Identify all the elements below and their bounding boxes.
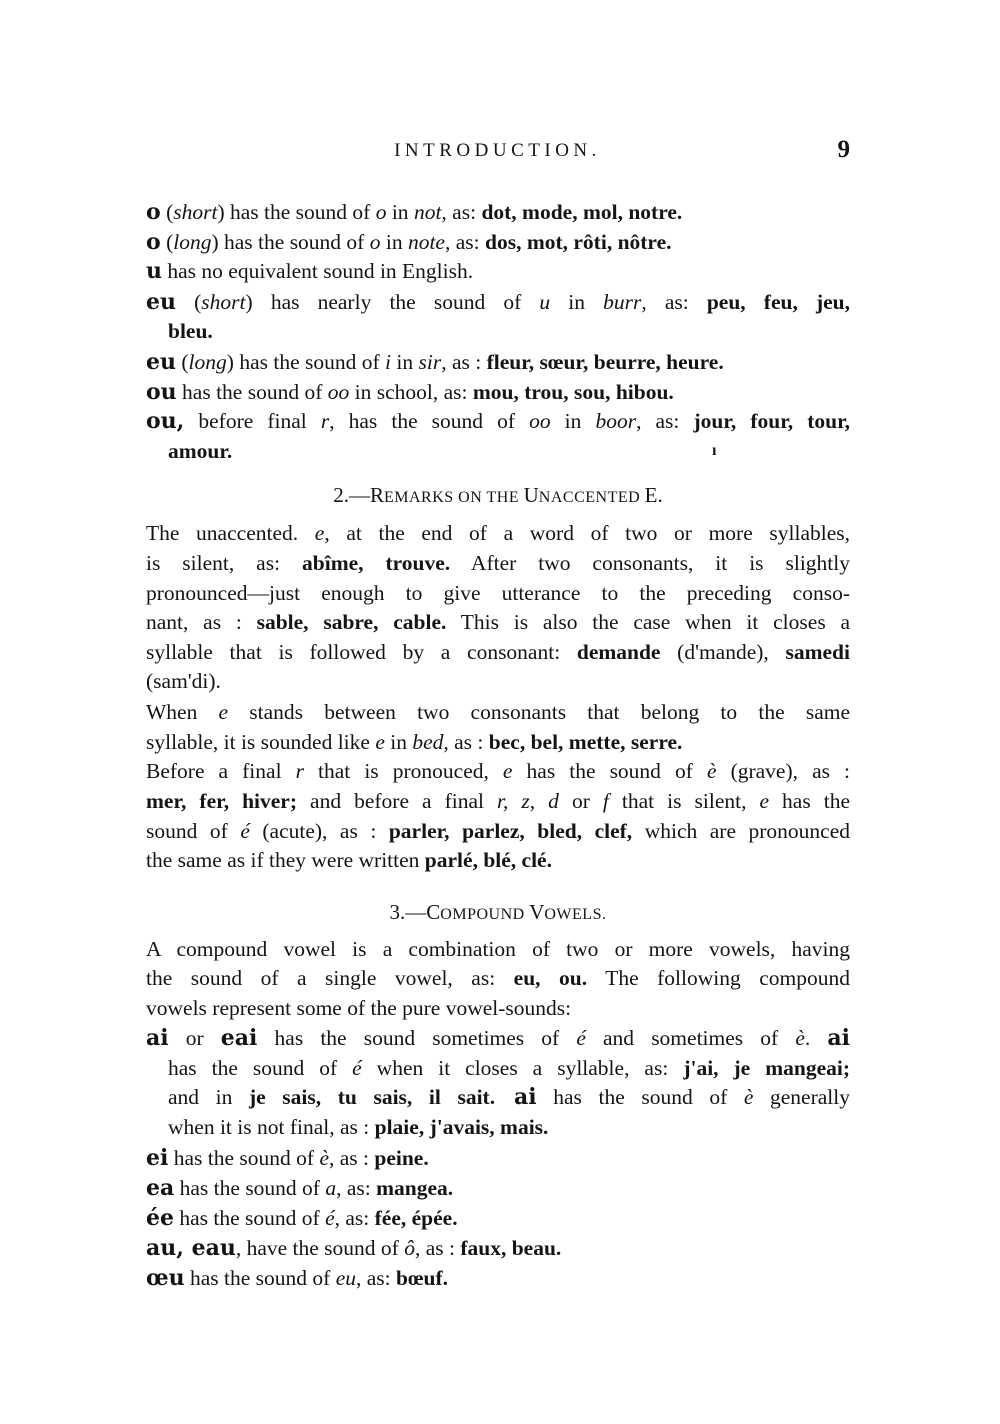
vowel-entry-ou: ou has the sound of oo in school, as: mo… xyxy=(146,377,850,407)
paragraph-compound-vowel-line-3: vowels represent some of the pure vowel-… xyxy=(146,993,850,1023)
paragraph-compound-vowel-line-2: the sound of a single vowel, as: eu, ou.… xyxy=(146,963,850,993)
running-head: INTRODUCTION. xyxy=(145,140,850,162)
book-page: INTRODUCTION. 9 o (short) has the sound … xyxy=(0,0,1000,1424)
section-2-heading: 2.—REMARKS ON THE UNACCENTED E. xyxy=(146,480,850,513)
paragraph-final-r-line-4: the same as if they were written parlé, … xyxy=(146,845,850,875)
vowel-entry-ou-before-r-cont: amour. xyxy=(168,436,850,466)
compound-entry-ai-line-4: when it is not final, as : plaie, j'avai… xyxy=(168,1112,850,1142)
compound-entry-ai-line-3: and in je sais, tu sais, il sait. ai has… xyxy=(168,1082,850,1112)
paragraph-compound-vowel-line-1: A compound vowel is a combination of two… xyxy=(146,934,850,964)
vowel-entry-eu-short: eu (short) has nearly the sound of u in … xyxy=(146,287,850,317)
section-3-heading: 3.—COMPOUND VOWELS. xyxy=(146,897,850,930)
paragraph-final-r-line-2: mer, fer, hiver; and before a final r, z… xyxy=(146,786,850,816)
paragraph-unaccented-e-line-2: is silent, as: abîme, trouve. After two … xyxy=(146,548,850,578)
compound-entry-ai-line-2: has the sound of é when it closes a syll… xyxy=(168,1053,850,1083)
paragraph-final-r-line-3: sound of é (acute), as : parler, parlez,… xyxy=(146,816,850,846)
compound-entry-ee: ée has the sound of é, as: fée, épée. xyxy=(146,1203,850,1233)
page-number: 9 xyxy=(838,136,851,164)
vowel-entry-eu-long: eu (long) has the sound of i in sir, as … xyxy=(146,347,850,377)
paragraph-unaccented-e-line-1: The unaccented. e, at the end of a word … xyxy=(146,518,850,548)
vowel-entry-u: u has no equivalent sound in English. xyxy=(146,256,850,286)
compound-entry-ai-line-1: ai or eai has the sound sometimes of é a… xyxy=(146,1023,850,1053)
page-header: INTRODUCTION. 9 xyxy=(145,140,850,170)
compound-entry-au-eau: au, eau, have the sound of ô, as : faux,… xyxy=(146,1233,850,1263)
vowel-entry-o-long: o (long) has the sound of o in note, as:… xyxy=(146,227,850,257)
vowel-entry-o-short: o (short) has the sound of o in not, as:… xyxy=(146,197,850,227)
paragraph-unaccented-e-line-3: pronounced—just enough to give utterance… xyxy=(146,578,850,608)
ink-mark: ı xyxy=(712,442,716,460)
compound-entry-ea: ea has the sound of a, as: mangea. xyxy=(146,1173,850,1203)
vowel-entry-ou-before-r: ou, before final r, has the sound of oo … xyxy=(146,406,850,436)
vowel-entry-eu-short-cont: bleu. xyxy=(168,316,850,346)
paragraph-e-between-consonants-line-2: syllable, it is sounded like e in bed, a… xyxy=(146,727,850,757)
paragraph-unaccented-e-line-6: (sam'di). xyxy=(146,666,850,696)
compound-entry-ei: ei has the sound of è, as : peine. xyxy=(146,1143,850,1173)
paragraph-e-between-consonants-line-1: When e stands between two consonants tha… xyxy=(146,697,850,727)
paragraph-unaccented-e-line-4: nant, as : sable, sabre, cable. This is … xyxy=(146,607,850,637)
paragraph-final-r-line-1: Before a final r that is pronouced, e ha… xyxy=(146,756,850,786)
compound-entry-oeu: œu has the sound of eu, as: bœuf. xyxy=(146,1263,850,1293)
paragraph-unaccented-e-line-5: syllable that is followed by a consonant… xyxy=(146,637,850,667)
